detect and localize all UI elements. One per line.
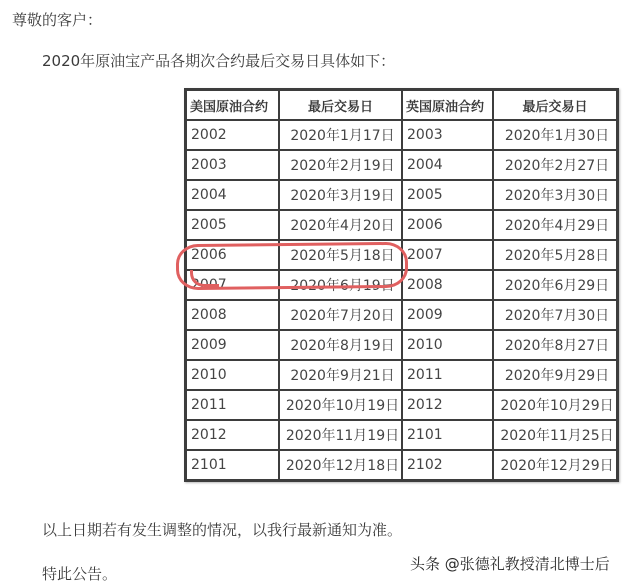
uk-contract-cell: 2003 — [402, 120, 493, 150]
us-contract-cell: 2002 — [186, 120, 280, 150]
uk-contract-cell: 2007 — [402, 240, 493, 270]
us-contract-cell: 2005 — [186, 210, 280, 240]
uk-contract-cell: 2010 — [402, 330, 493, 360]
uk-last-trade-date-cell: 2020年9月29日 — [493, 360, 618, 390]
us-contract-cell: 2009 — [186, 330, 280, 360]
us-contract-cell: 2003 — [186, 150, 280, 180]
table-row: 20102020年9月21日20112020年9月29日 — [186, 360, 618, 390]
table-row: 20072020年6月19日20082020年6月29日 — [186, 270, 618, 300]
us-last-trade-date-cell: 2020年2月19日 — [279, 150, 402, 180]
table-row: 21012020年12月18日21022020年12月29日 — [186, 450, 618, 481]
us-contract-cell: 2006 — [186, 240, 280, 270]
uk-last-trade-date-cell: 2020年10月29日 — [493, 390, 618, 420]
uk-last-trade-date-cell: 2020年5月28日 — [493, 240, 618, 270]
uk-contract-cell: 2004 — [402, 150, 493, 180]
table-header-row: 美国原油合约 最后交易日 英国原油合约 最后交易日 — [186, 90, 618, 121]
contract-dates-table: 美国原油合约 最后交易日 英国原油合约 最后交易日 20022020年1月17日… — [184, 88, 619, 482]
us-last-trade-date-cell: 2020年5月18日 — [279, 240, 402, 270]
header-us-contract: 美国原油合约 — [186, 90, 280, 121]
table-row: 20082020年7月20日20092020年7月30日 — [186, 300, 618, 330]
us-last-trade-date-cell: 2020年6月19日 — [279, 270, 402, 300]
header-us-last-trade-date: 最后交易日 — [279, 90, 402, 121]
us-last-trade-date-cell: 2020年7月20日 — [279, 300, 402, 330]
uk-contract-cell: 2005 — [402, 180, 493, 210]
adjustment-note: 以上日期若有发生调整的情况，以我行最新通知为准。 — [42, 519, 402, 540]
uk-contract-cell: 2101 — [402, 420, 493, 450]
uk-contract-cell: 2102 — [402, 450, 493, 481]
us-contract-cell: 2008 — [186, 300, 280, 330]
uk-last-trade-date-cell: 2020年1月30日 — [493, 120, 618, 150]
table-row: 20032020年2月19日20042020年2月27日 — [186, 150, 618, 180]
uk-last-trade-date-cell: 2020年3月30日 — [493, 180, 618, 210]
table-row: 20022020年1月17日20032020年1月30日 — [186, 120, 618, 150]
table-row: 20122020年11月19日21012020年11月25日 — [186, 420, 618, 450]
uk-contract-cell: 2008 — [402, 270, 493, 300]
table-row: 20062020年5月18日20072020年5月28日 — [186, 240, 618, 270]
us-last-trade-date-cell: 2020年1月17日 — [279, 120, 402, 150]
uk-last-trade-date-cell: 2020年7月30日 — [493, 300, 618, 330]
uk-last-trade-date-cell: 2020年2月27日 — [493, 150, 618, 180]
uk-contract-cell: 2006 — [402, 210, 493, 240]
uk-last-trade-date-cell: 2020年12月29日 — [493, 450, 618, 481]
greeting: 尊敬的客户： — [12, 9, 102, 30]
uk-contract-cell: 2011 — [402, 360, 493, 390]
us-contract-cell: 2004 — [186, 180, 280, 210]
uk-last-trade-date-cell: 2020年11月25日 — [493, 420, 618, 450]
uk-last-trade-date-cell: 2020年8月27日 — [493, 330, 618, 360]
us-last-trade-date-cell: 2020年12月18日 — [279, 450, 402, 481]
us-last-trade-date-cell: 2020年9月21日 — [279, 360, 402, 390]
uk-last-trade-date-cell: 2020年6月29日 — [493, 270, 618, 300]
closing-text: 特此公告。 — [42, 563, 117, 584]
us-contract-cell: 2010 — [186, 360, 280, 390]
uk-last-trade-date-cell: 2020年4月29日 — [493, 210, 618, 240]
table-row: 20112020年10月19日20122020年10月29日 — [186, 390, 618, 420]
us-last-trade-date-cell: 2020年8月19日 — [279, 330, 402, 360]
us-contract-cell: 2012 — [186, 420, 280, 450]
us-contract-cell: 2007 — [186, 270, 280, 300]
intro-text: 2020年原油宝产品各期次合约最后交易日具体如下： — [42, 50, 395, 71]
watermark: 头条 @张德礼教授清北博士后 — [410, 553, 610, 574]
table-row: 20042020年3月19日20052020年3月30日 — [186, 180, 618, 210]
us-last-trade-date-cell: 2020年10月19日 — [279, 390, 402, 420]
table-row: 20092020年8月19日20102020年8月27日 — [186, 330, 618, 360]
us-last-trade-date-cell: 2020年11月19日 — [279, 420, 402, 450]
table-row: 20052020年4月20日20062020年4月29日 — [186, 210, 618, 240]
uk-contract-cell: 2009 — [402, 300, 493, 330]
uk-contract-cell: 2012 — [402, 390, 493, 420]
header-uk-contract: 英国原油合约 — [402, 90, 493, 121]
us-contract-cell: 2101 — [186, 450, 280, 481]
header-uk-last-trade-date: 最后交易日 — [493, 90, 618, 121]
us-last-trade-date-cell: 2020年4月20日 — [279, 210, 402, 240]
us-last-trade-date-cell: 2020年3月19日 — [279, 180, 402, 210]
us-contract-cell: 2011 — [186, 390, 280, 420]
